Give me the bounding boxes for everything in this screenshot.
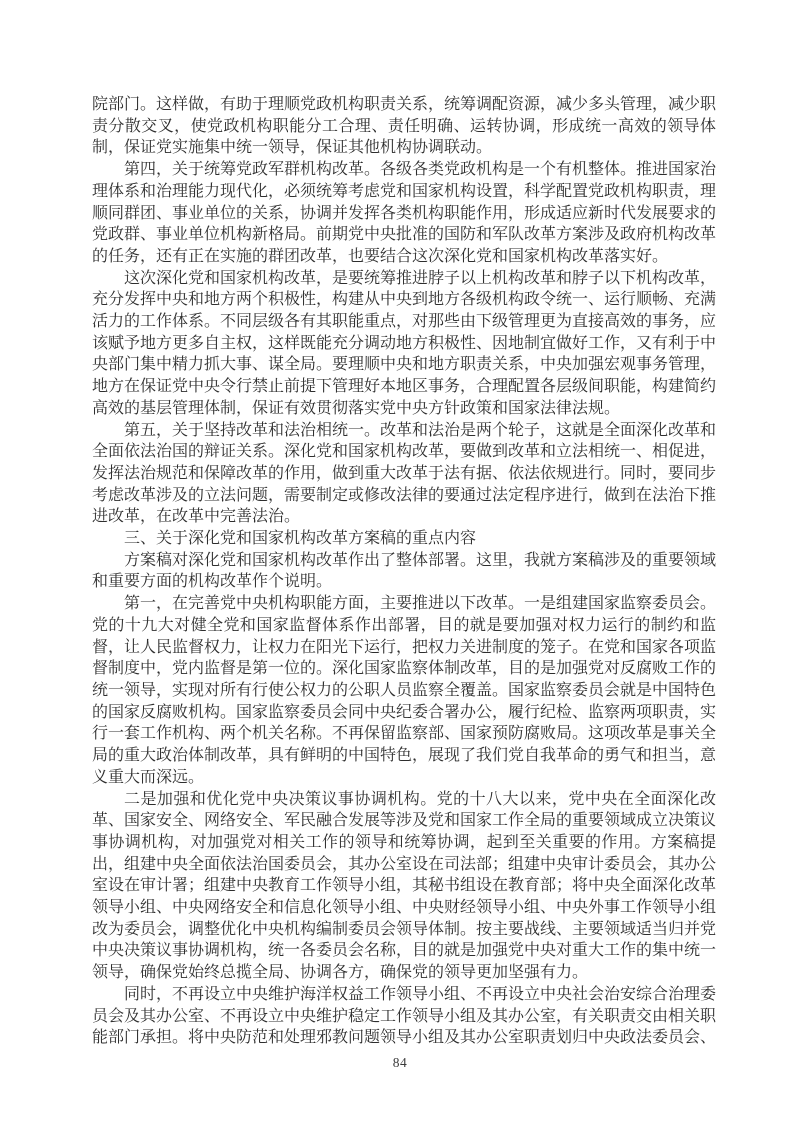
paragraph: 方案稿对深化党和国家机构改革作出了整体部署。这里，我就方案稿涉及的重要领域和重要…: [92, 550, 716, 593]
page-number: 84: [0, 1055, 800, 1071]
paragraph: 第五，关于坚持改革和法治相统一。改革和法治是两个轮子，这就是全面深化改革和全面依…: [92, 420, 716, 529]
section-heading: 三、关于深化党和国家机构改革方案稿的重点内容: [92, 528, 716, 550]
paragraph: 这次深化党和国家机构改革，是要统筹推进脖子以上机构改革和脖子以下机构改革，充分发…: [92, 268, 716, 420]
paragraph: 二是加强和优化党中央决策议事协调机构。党的十八大以来，党中央在全面深化改革、国家…: [92, 789, 716, 984]
paragraph: 第四，关于统筹党政军群机构改革。各级各类党政机构是一个有机整体。推进国家治理体系…: [92, 159, 716, 268]
paragraph-continuation: 院部门。这样做，有助于理顺党政机构职责关系，统筹调配资源，减少多头管理，减少职责…: [92, 94, 716, 159]
paragraph: 同时，不再设立中央维护海洋权益工作领导小组、不再设立中央社会治安综合治理委员会及…: [92, 984, 716, 1049]
document-body: 院部门。这样做，有助于理顺党政机构职责关系，统筹调配资源，减少多头管理，减少职责…: [92, 94, 716, 1049]
paragraph: 第一，在完善党中央机构职能方面，主要推进以下改革。一是组建国家监察委员会。党的十…: [92, 593, 716, 788]
document-page: 院部门。这样做，有助于理顺党政机构职责关系，统筹调配资源，减少多头管理，减少职责…: [0, 0, 800, 1133]
